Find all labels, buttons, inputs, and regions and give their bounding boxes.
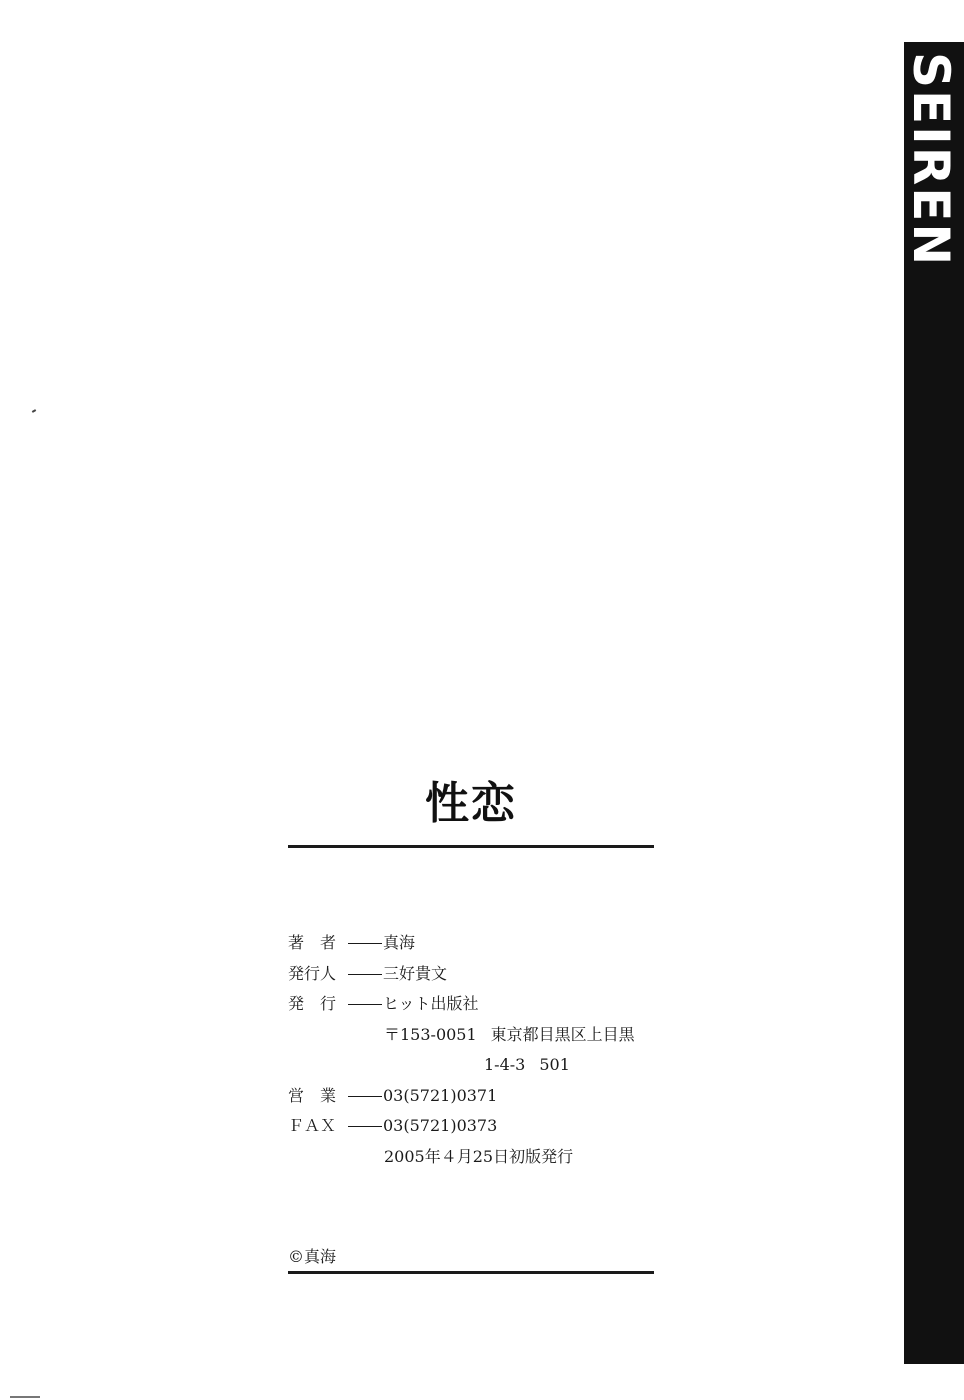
sales-row: 営 業03(5721)0371	[288, 1081, 635, 1112]
colophon: 著 者真海 発行人三好貴文 発 行ヒット出版社 〒153-0051東京都目黒区上…	[288, 928, 635, 1172]
print-speck	[32, 409, 36, 413]
publisher-label: 発 行	[288, 989, 348, 1020]
leader-dash	[348, 1126, 382, 1127]
publication-date: 2005年４月25日初版発行	[384, 1147, 573, 1166]
title-divider	[288, 845, 654, 848]
fax-row: ＦＡＸ03(5721)0373	[288, 1111, 635, 1142]
publication-date-row: 2005年４月25日初版発行	[288, 1142, 635, 1173]
fax-label: ＦＡＸ	[288, 1111, 348, 1142]
publisher-person-value: 三好貴文	[383, 964, 447, 983]
leader-dash	[348, 1004, 382, 1005]
author-value: 真海	[383, 933, 415, 952]
sales-label: 営 業	[288, 1081, 348, 1112]
address-row-2: 1-4-3501	[288, 1050, 635, 1081]
postal-code: 〒153-0051	[384, 1025, 477, 1044]
address-row-1: 〒153-0051東京都目黒区上目黒	[288, 1020, 635, 1051]
address-block: 1-4-3	[484, 1055, 525, 1074]
leader-dash	[348, 974, 382, 975]
publisher-person-row: 発行人三好貴文	[288, 959, 635, 990]
leader-dash	[348, 1096, 382, 1097]
author-row: 著 者真海	[288, 928, 635, 959]
publisher-person-label: 発行人	[288, 959, 348, 990]
address-text: 東京都目黒区上目黒	[491, 1025, 635, 1044]
fax-number: 03(5721)0373	[383, 1116, 497, 1135]
side-band-title: SEIREN	[906, 52, 956, 267]
copyright-divider	[288, 1271, 654, 1274]
leader-dash	[348, 943, 382, 944]
copyright-notice: ©真海	[288, 1244, 336, 1267]
author-label: 著 者	[288, 928, 348, 959]
publisher-value: ヒット出版社	[383, 994, 479, 1013]
book-title: 性恋	[288, 782, 654, 826]
sales-phone: 03(5721)0371	[383, 1086, 497, 1105]
publisher-row: 発 行ヒット出版社	[288, 989, 635, 1020]
address-room: 501	[539, 1055, 570, 1074]
scan-edge-mark	[10, 1396, 40, 1398]
